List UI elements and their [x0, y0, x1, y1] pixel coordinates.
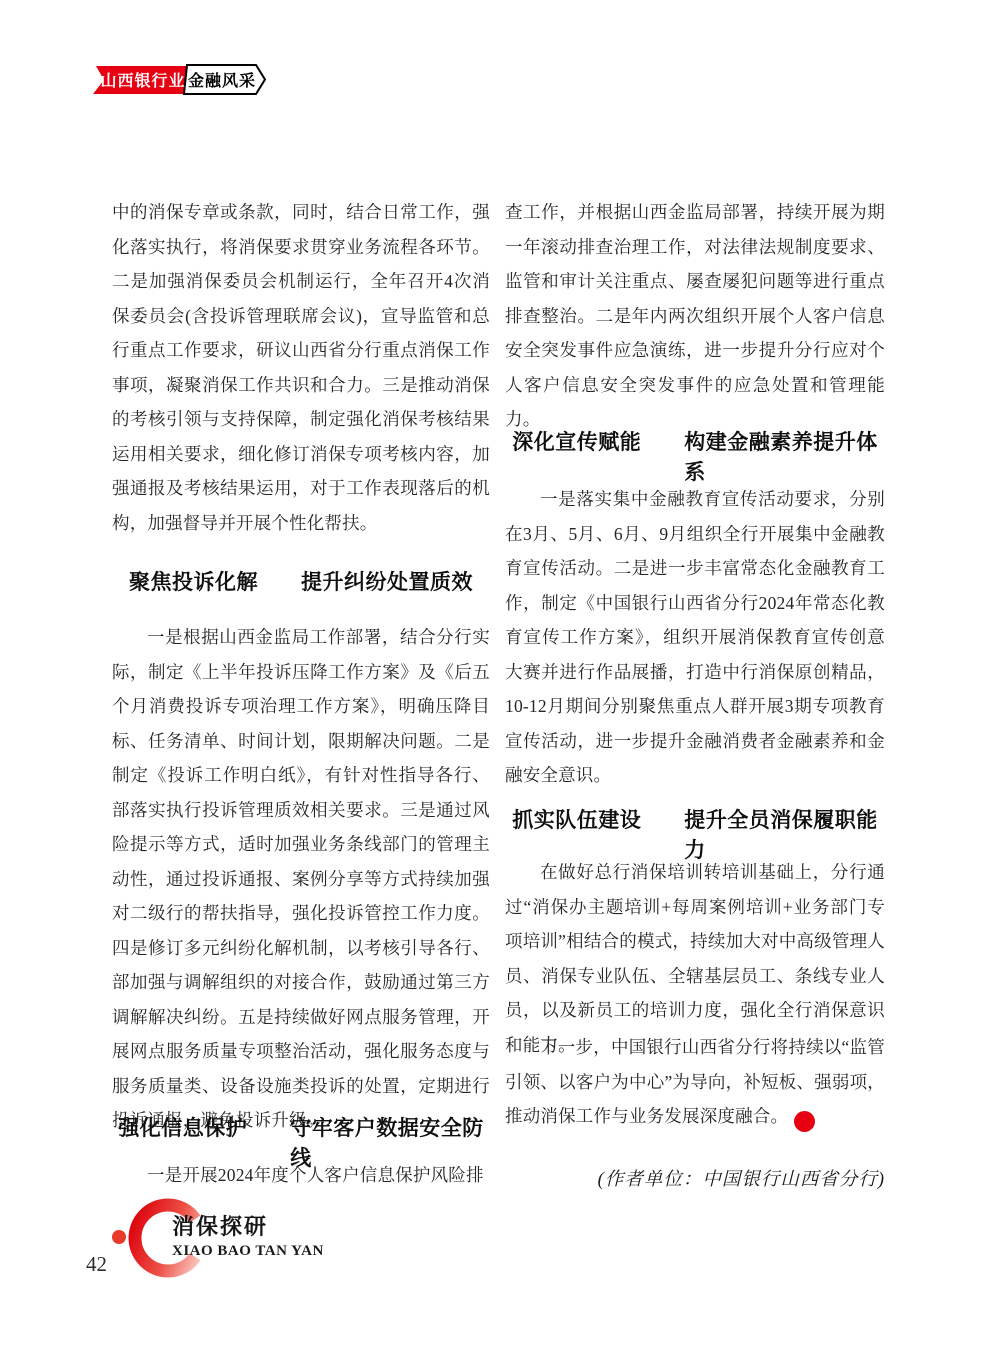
- right-paragraph-education: 一是落实集中金融教育宣传活动要求，分别在3月、5月、6月、9月组织全行开展集中金…: [505, 482, 885, 793]
- footer-logo-subtitle: XIAO BAO TAN YAN: [172, 1243, 324, 1260]
- crescent-dot: [112, 1230, 126, 1244]
- left-paragraph-complaints: 一是根据山西金监局工作部署，结合分行实际，制定《上半年投诉压降工作方案》及《后五…: [112, 620, 490, 1138]
- section-badge: 山西银行业 金融风采: [92, 62, 277, 98]
- closing-text: 下一步，中国银行山西省分行将持续以“监管引领、以客户为中心”为导向，补短板、强弱…: [505, 1037, 885, 1126]
- badge-series-label: 山西银行业: [100, 71, 185, 90]
- author-affiliation: (作者单位：中国银行山西省分行): [505, 1166, 885, 1194]
- circled-s-article-end-icon: S: [794, 1111, 815, 1132]
- left-paragraph-info-start: 一是开展2024年度个人客户信息保护风险排: [112, 1158, 490, 1193]
- heading-publicity-empowerment: 深化宣传赋能 构建金融素养提升体系: [505, 428, 885, 488]
- magazine-page: 山西银行业 金融风采 中的消保专章或条款，同时，结合日常工作，强化落实执行，将消…: [0, 0, 992, 1346]
- heading-complaint-resolution: 聚焦投诉化解 提升纠纷处置质效: [112, 568, 490, 598]
- right-paragraph-info-continuation: 查工作，并根据山西金监局部署，持续开展为期一年滚动排查治理工作，对法律法规制度要…: [505, 195, 885, 437]
- page-number: 42: [86, 1252, 107, 1277]
- footer-logo-title: 消保探研: [172, 1210, 268, 1241]
- badge-column-label: 金融风采: [188, 71, 256, 90]
- closing-paragraph: 下一步，中国银行山西省分行将持续以“监管引领、以客户为中心”为导向，补短板、强弱…: [505, 1030, 885, 1134]
- left-paragraph-continuation: 中的消保专章或条款，同时，结合日常工作，强化落实执行，将消保要求贯穿业务流程各环…: [112, 195, 490, 540]
